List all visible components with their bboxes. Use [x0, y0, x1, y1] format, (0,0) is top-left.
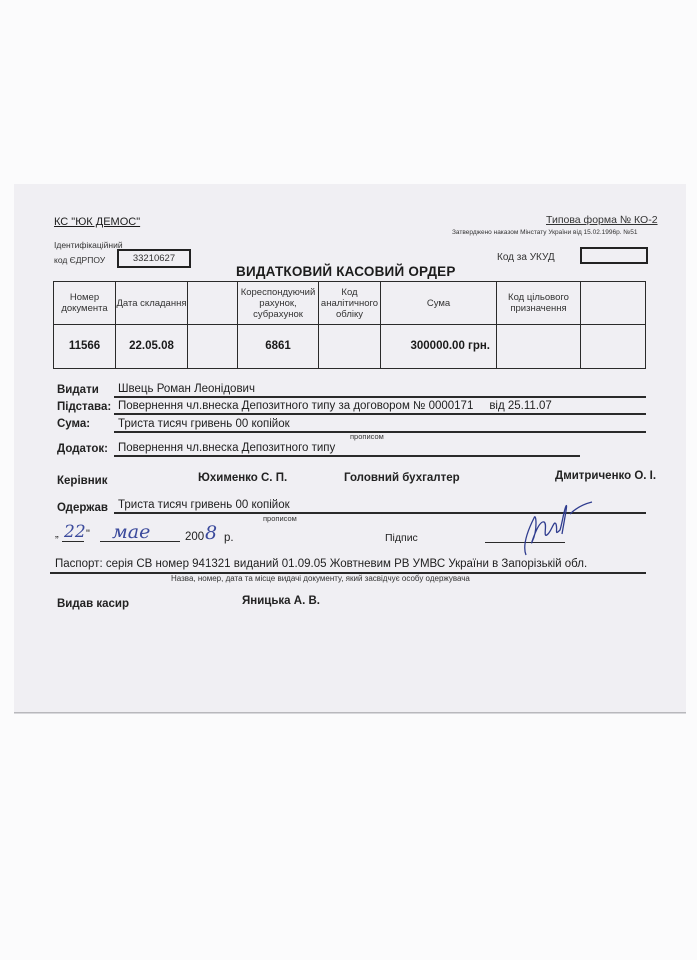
cash-order-document: КС "ЮК ДЕМОС" Типова форма № КО-2 Затвер… [14, 184, 686, 713]
pidstava-line [114, 413, 646, 415]
table-header-row: Номер документа Дата складання Кореспонд… [54, 282, 646, 325]
head-name: Юхименко С. П. [198, 472, 287, 484]
cell-target-code [497, 325, 581, 369]
dodatok-label: Додаток: [57, 443, 108, 455]
header-analytic-code: Код аналітичного обліку [319, 282, 381, 325]
edrpou-code-box: 33210627 [117, 249, 191, 268]
received-label: Одержав [57, 502, 108, 514]
passport-value: Паспорт: серія СВ номер 941321 виданий 0… [55, 558, 587, 570]
table-row: 11566 22.05.08 6861 300000.00 грн. [54, 325, 646, 369]
edrpou-label-line2: код ЄДРПОУ [54, 255, 105, 265]
received-hint: прописом [263, 514, 297, 523]
date-open-quote: „ [55, 528, 59, 540]
received-value: Триста тисяч гривень 00 копійок [118, 499, 290, 511]
vydaty-line [114, 396, 646, 398]
signature-label: Підпис [385, 532, 418, 544]
vydaty-label: Видати [57, 384, 99, 396]
header-empty-2 [581, 282, 646, 325]
header-corr-account: Кореспондуючий рахунок, субрахунок [238, 282, 319, 325]
organization-name: КС "ЮК ДЕМОС" [54, 216, 140, 228]
pidstava-value: Повернення чл.внеска Депозитного типу за… [118, 400, 552, 412]
handwritten-signature-icon [504, 500, 594, 560]
accountant-label: Головний бухгалтер [344, 472, 460, 484]
dodatok-value: Повернення чл.внеска Депозитного типу [118, 442, 335, 454]
date-year-digit: 8 [205, 522, 217, 544]
dodatok-line [114, 455, 580, 457]
cell-analytic-code [319, 325, 381, 369]
date-year-prefix: 200 [185, 531, 204, 543]
date-suffix: р. [224, 532, 234, 544]
header-empty-1 [188, 282, 238, 325]
header-target-code: Код цільового призначення [497, 282, 581, 325]
edrpou-label-line1: Ідентифікаційний [54, 240, 123, 250]
accountant-name: Дмитриченко О. І. [555, 470, 656, 482]
vydaty-value: Швець Роман Леонідович [118, 383, 255, 395]
suma-value: Триста тисяч гривень 00 копійок [118, 418, 290, 430]
cashier-label: Видав касир [57, 598, 129, 610]
cell-doc-number: 11566 [54, 325, 116, 369]
pidstava-label: Підстава: [57, 401, 111, 413]
cell-empty-1 [188, 325, 238, 369]
cell-corr-account: 6861 [238, 325, 319, 369]
ukud-label: Код за УКУД [497, 252, 555, 263]
ukud-code-box [580, 247, 648, 264]
passport-hint: Назва, номер, дата та місце видачі докум… [171, 574, 470, 583]
header-sum: Сума [381, 282, 497, 325]
date-day: 22 [64, 522, 86, 542]
date-close-quote: " [86, 528, 90, 540]
date-month-line [100, 541, 180, 542]
header-date: Дата складання [116, 282, 188, 325]
cell-empty-2 [581, 325, 646, 369]
suma-hint: прописом [350, 432, 384, 441]
cell-date: 22.05.08 [116, 325, 188, 369]
form-type: Типова форма № КО-2 [546, 214, 658, 226]
approval-note: Затверджено наказом Мінстату України від… [452, 229, 638, 236]
date-month: мае [112, 521, 150, 543]
cell-sum: 300000.00 грн. [381, 325, 497, 369]
cashier-name: Яницька А. В. [242, 595, 320, 607]
date-day-line [62, 541, 84, 542]
head-label: Керівник [57, 475, 107, 487]
order-table: Номер документа Дата складання Кореспонд… [53, 281, 646, 369]
header-doc-number: Номер документа [54, 282, 116, 325]
suma-label: Сума: [57, 418, 90, 430]
document-title: ВИДАТКОВИЙ КАСОВИЙ ОРДЕР [236, 264, 456, 279]
